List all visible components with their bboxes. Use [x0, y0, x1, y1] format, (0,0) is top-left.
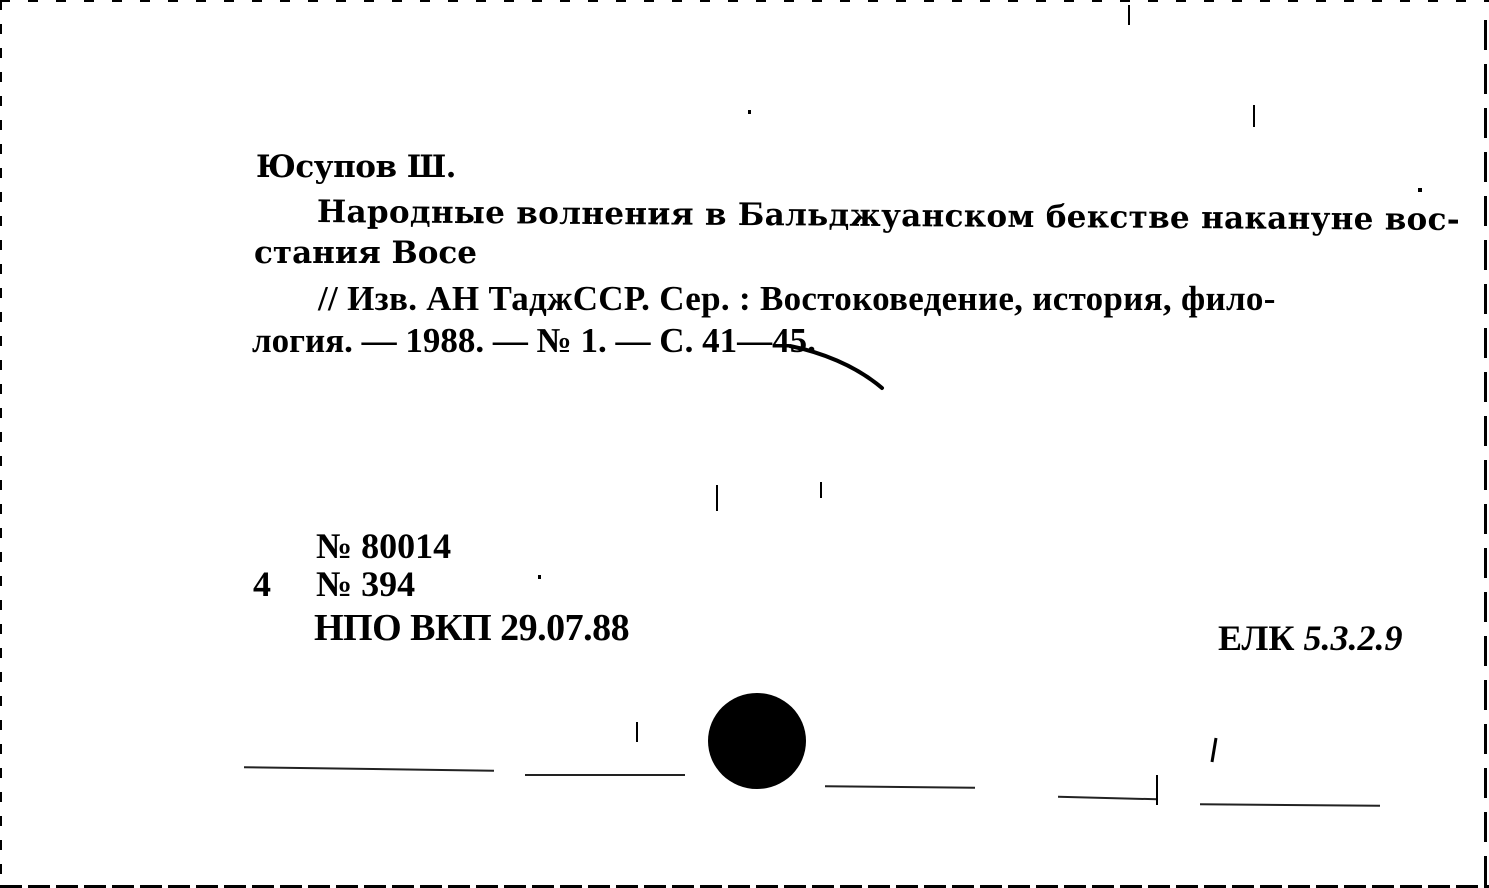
- punch-hole-icon: [708, 693, 806, 789]
- scan-speck: [820, 482, 822, 498]
- scan-speck: [1156, 775, 1158, 805]
- scan-speck: [1418, 188, 1422, 192]
- scan-speck: [1253, 105, 1255, 127]
- classification-code: ЕЛК 5.3.2.9: [1218, 620, 1402, 656]
- record-number-2: № 394: [316, 566, 415, 602]
- issuer-date: НПО ВКП 29.07.88: [314, 609, 629, 647]
- classification-number: 5.3.2.9: [1303, 618, 1402, 658]
- record-number-1: № 80014: [316, 528, 451, 564]
- scan-speck: [748, 110, 751, 114]
- scan-speck: [636, 722, 638, 742]
- perforation-rule: [525, 774, 685, 776]
- scan-speck: [716, 485, 718, 511]
- classification-prefix: ЕЛК: [1218, 618, 1294, 658]
- catalog-card: Юсупов Ш. Народные волнения в Бальджуанс…: [0, 0, 1489, 888]
- scan-speck: [538, 575, 541, 579]
- card-marker: 4: [253, 566, 271, 602]
- scan-speck: [1128, 5, 1130, 25]
